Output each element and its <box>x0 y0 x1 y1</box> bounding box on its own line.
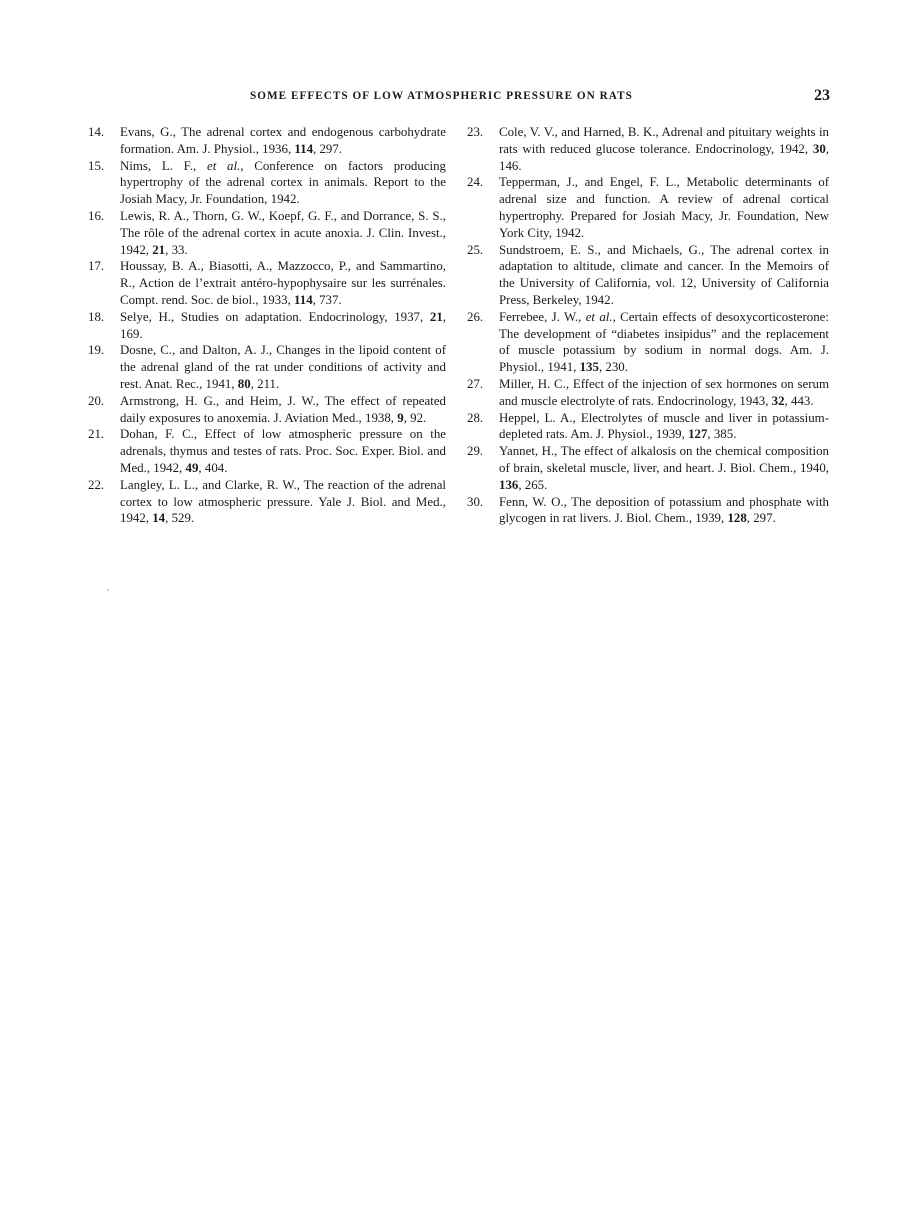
reference-number: 26. <box>467 309 499 326</box>
reference-text: Evans, G., The adrenal cortex and endoge… <box>120 125 446 156</box>
reference-21: 21. Dohan, F. C., Effect of low atmosphe… <box>88 426 446 476</box>
reference-number: 24. <box>467 174 499 191</box>
volume-number: 127 <box>688 427 707 441</box>
volume-number: 135 <box>580 360 599 374</box>
reference-23: 23. Cole, V. V., and Harned, B. K., Adre… <box>467 124 829 174</box>
running-head: SOME EFFECTS OF LOW ATMOSPHERIC PRESSURE… <box>250 88 830 108</box>
reference-text: Lewis, R. A., Thorn, G. W., Koepf, G. F.… <box>120 209 446 257</box>
reference-24: 24. Tepperman, J., and Engel, F. L., Met… <box>467 174 829 241</box>
reference-number: 19. <box>88 342 120 359</box>
reference-text: Sundstroem, E. S., and Michaels, G., The… <box>499 243 829 307</box>
references-left-column: 14. Evans, G., The adrenal cortex and en… <box>88 124 446 527</box>
reference-number: 30. <box>467 494 499 511</box>
volume-number: 114 <box>294 142 313 156</box>
volume-number: 21 <box>152 243 165 257</box>
reference-text: Nims, L. F., et al., Conference on facto… <box>120 159 446 207</box>
volume-number: 136 <box>499 478 518 492</box>
reference-number: 15. <box>88 158 120 175</box>
reference-text: Miller, H. C., Effect of the injection o… <box>499 377 829 408</box>
reference-number: 18. <box>88 309 120 326</box>
reference-number: 14. <box>88 124 120 141</box>
et-al: et al. <box>207 159 240 173</box>
reference-27: 27. Miller, H. C., Effect of the injecti… <box>467 376 829 410</box>
reference-number: 28. <box>467 410 499 427</box>
reference-text: Selye, H., Studies on adaptation. Endocr… <box>120 310 446 341</box>
reference-26: 26. Ferrebee, J. W., et al., Certain eff… <box>467 309 829 376</box>
reference-20: 20. Armstrong, H. G., and Heim, J. W., T… <box>88 393 446 427</box>
volume-number: 14 <box>152 511 165 525</box>
reference-number: 17. <box>88 258 120 275</box>
reference-25: 25. Sundstroem, E. S., and Michaels, G.,… <box>467 242 829 309</box>
et-al: et al. <box>586 310 613 324</box>
reference-text: Cole, V. V., and Harned, B. K., Adrenal … <box>499 125 829 173</box>
reference-number: 21. <box>88 426 120 443</box>
volume-number: 80 <box>238 377 251 391</box>
reference-text: Yannet, H., The effect of alkalosis on t… <box>499 444 829 492</box>
reference-14: 14. Evans, G., The adrenal cortex and en… <box>88 124 446 158</box>
reference-text: Langley, L. L., and Clarke, R. W., The r… <box>120 478 446 526</box>
reference-16: 16. Lewis, R. A., Thorn, G. W., Koepf, G… <box>88 208 446 258</box>
volume-number: 30 <box>813 142 826 156</box>
reference-15: 15. Nims, L. F., et al., Conference on f… <box>88 158 446 208</box>
reference-number: 16. <box>88 208 120 225</box>
reference-text: Dosne, C., and Dalton, A. J., Changes in… <box>120 343 446 391</box>
reference-29: 29. Yannet, H., The effect of alkalosis … <box>467 443 829 493</box>
reference-30: 30. Fenn, W. O., The deposition of potas… <box>467 494 829 528</box>
reference-number: 20. <box>88 393 120 410</box>
reference-number: 27. <box>467 376 499 393</box>
reference-text: Houssay, B. A., Biasotti, A., Mazzocco, … <box>120 259 446 307</box>
reference-text: Dohan, F. C., Effect of low atmospheric … <box>120 427 446 475</box>
reference-17: 17. Houssay, B. A., Biasotti, A., Mazzoc… <box>88 258 446 308</box>
reference-text: Ferrebee, J. W., et al., Certain effects… <box>499 310 829 374</box>
page-number: 23 <box>814 87 830 105</box>
reference-22: 22. Langley, L. L., and Clarke, R. W., T… <box>88 477 446 527</box>
reference-18: 18. Selye, H., Studies on adaptation. En… <box>88 309 446 343</box>
volume-number: 49 <box>186 461 199 475</box>
scan-speck <box>107 589 109 591</box>
volume-number: 114 <box>294 293 313 307</box>
reference-number: 23. <box>467 124 499 141</box>
reference-28: 28. Heppel, L. A., Electrolytes of muscl… <box>467 410 829 444</box>
reference-number: 29. <box>467 443 499 460</box>
reference-text: Tepperman, J., and Engel, F. L., Metabol… <box>499 175 829 239</box>
reference-number: 25. <box>467 242 499 259</box>
volume-number: 21 <box>430 310 443 324</box>
volume-number: 128 <box>727 511 746 525</box>
reference-text: Armstrong, H. G., and Heim, J. W., The e… <box>120 394 446 425</box>
reference-19: 19. Dosne, C., and Dalton, A. J., Change… <box>88 342 446 392</box>
volume-number: 32 <box>772 394 785 408</box>
reference-text: Fenn, W. O., The deposition of potassium… <box>499 495 829 526</box>
reference-number: 22. <box>88 477 120 494</box>
running-title: SOME EFFECTS OF LOW ATMOSPHERIC PRESSURE… <box>250 90 633 102</box>
references-right-column: 23. Cole, V. V., and Harned, B. K., Adre… <box>467 124 829 527</box>
reference-text: Heppel, L. A., Electrolytes of muscle an… <box>499 411 829 442</box>
